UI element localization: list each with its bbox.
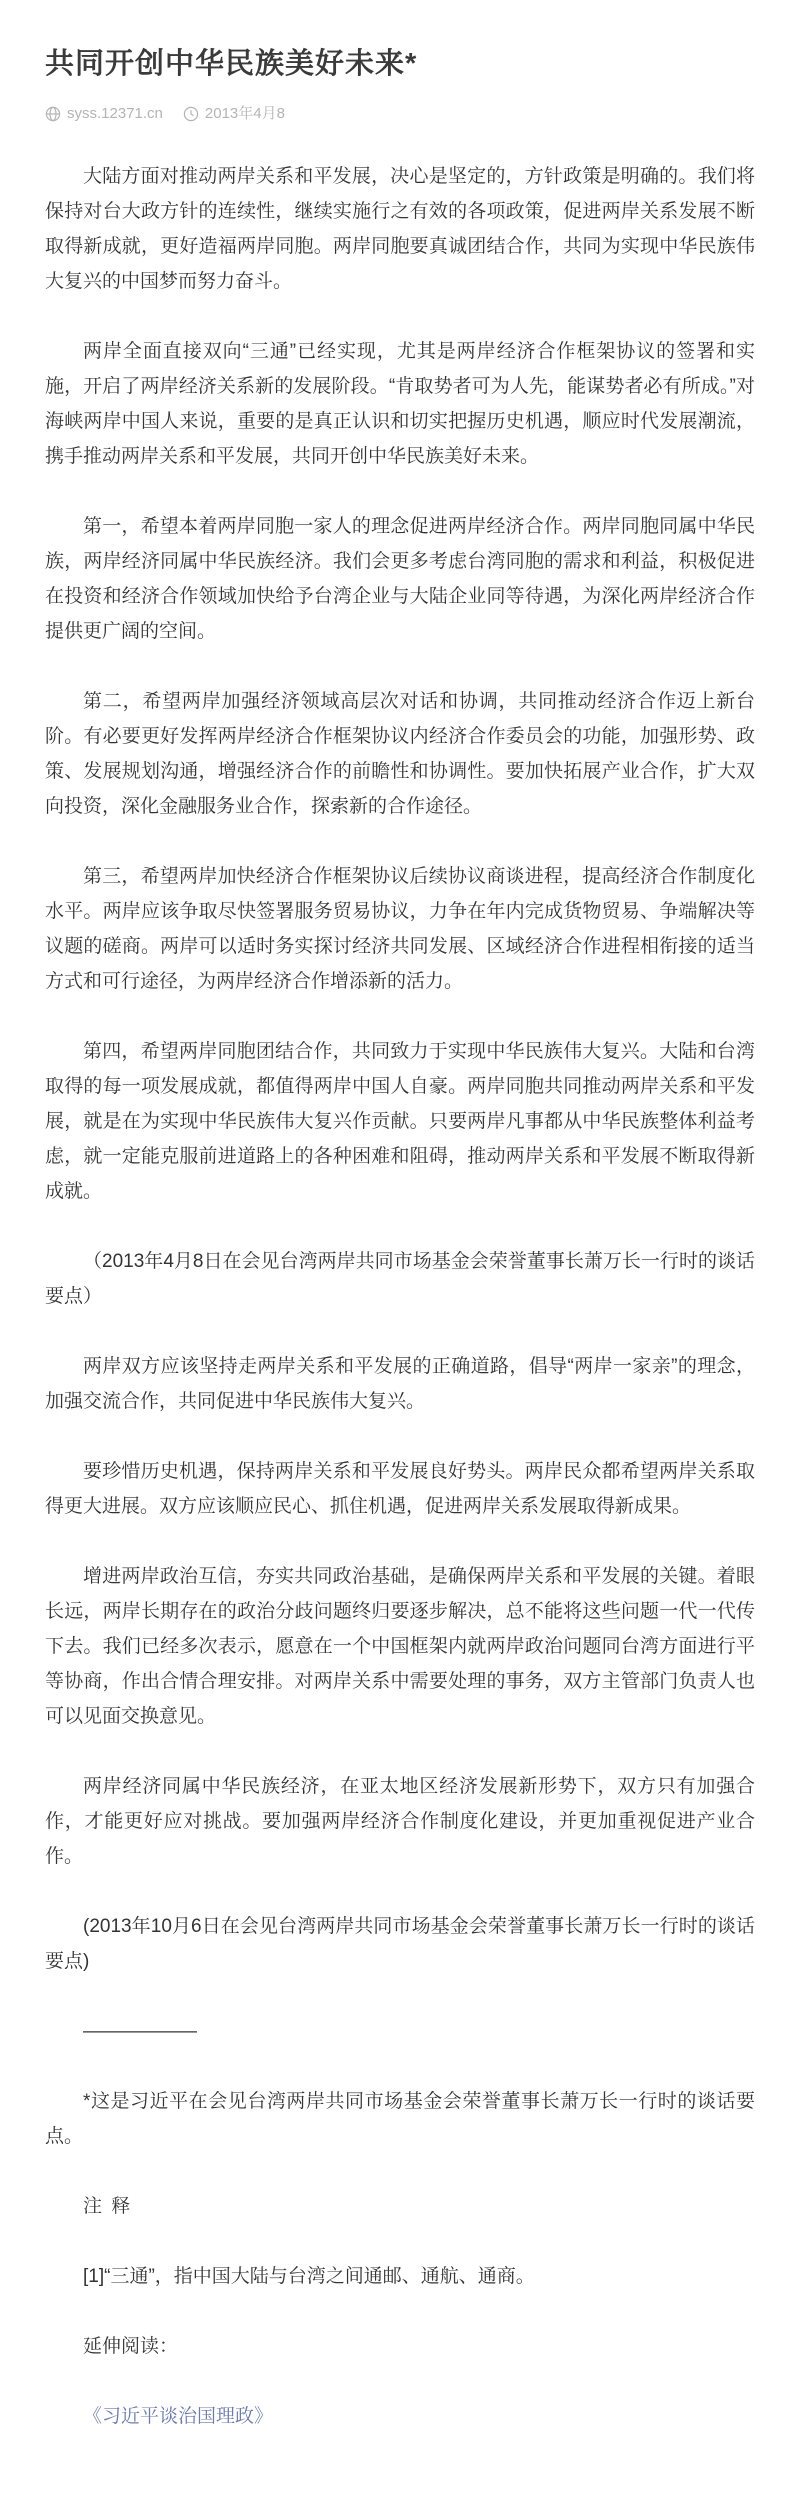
footnote-paragraph: [1]“三通”，指中国大陆与台湾之间通邮、通航、通商。 <box>45 2259 755 2294</box>
article-page: 共同开创中华民族美好未来* syss.12371.cn 2013年4月8 大陆方… <box>0 0 800 2519</box>
body-paragraph: 大陆方面对推动两岸关系和平发展，决心是坚定的，方针政策是明确的。我们将保持对台大… <box>45 159 755 299</box>
date-item: 2013年4月8 <box>183 104 285 124</box>
source-item: syss.12371.cn <box>45 104 163 124</box>
body-paragraph: 第一，希望本着两岸同胞一家人的理念促进两岸经济合作。两岸同胞同属中华民族，两岸经… <box>45 509 755 649</box>
attribution-paragraph: (2013年10月6日在会见台湾两岸共同市场基金会荣誉董事长萧万长一行时的谈话要… <box>45 1909 755 1979</box>
related-reading-paragraph: 《习近平谈治国理政》 <box>45 2399 755 2434</box>
source-text: syss.12371.cn <box>67 104 163 124</box>
notes-section-label: 注 释 <box>45 2189 755 2224</box>
clock-icon <box>183 106 199 122</box>
body-paragraph: 第四，希望两岸同胞团结合作，共同致力于实现中华民族伟大复兴。大陆和台湾取得的每一… <box>45 1034 755 1209</box>
body-paragraph: 两岸经济同属中华民族经济，在亚太地区经济发展新形势下，双方只有加强合作，才能更好… <box>45 1769 755 1874</box>
body-paragraph: 要珍惜历史机遇，保持两岸关系和平发展良好势头。两岸民众都希望两岸关系取得更大进展… <box>45 1454 755 1524</box>
body-paragraph: 增进两岸政治互信，夯实共同政治基础，是确保两岸关系和平发展的关键。着眼长远，两岸… <box>45 1559 755 1734</box>
body-paragraph: 两岸全面直接双向“三通”已经实现，尤其是两岸经济合作框架协议的签署和实施，开启了… <box>45 334 755 474</box>
body-paragraph: 第三，希望两岸加快经济合作框架协议后续协议商谈进程，提高经济合作制度化水平。两岸… <box>45 859 755 999</box>
related-reading-link[interactable]: 《习近平谈治国理政》 <box>83 2406 273 2427</box>
body-paragraph: 第二，希望两岸加强经济领域高层次对话和协调，共同推动经济合作迈上新台阶。有必要更… <box>45 684 755 824</box>
page-title: 共同开创中华民族美好未来* <box>45 46 755 82</box>
body-paragraph: 两岸双方应该坚持走两岸关系和平发展的正确道路，倡导“两岸一家亲”的理念，加强交流… <box>45 1349 755 1419</box>
attribution-paragraph: （2013年4月8日在会见台湾两岸共同市场基金会荣誉董事长萧万长一行时的谈话要点… <box>45 1244 755 1314</box>
footnote-paragraph: *这是习近平在会见台湾两岸共同市场基金会荣誉董事长萧万长一行时的谈话要点。 <box>45 2084 755 2154</box>
globe-icon <box>45 106 61 122</box>
article-body: 大陆方面对推动两岸关系和平发展，决心是坚定的，方针政策是明确的。我们将保持对台大… <box>45 159 755 2434</box>
separator-line: —————— <box>45 2014 755 2049</box>
body-paragraph: 延伸阅读： <box>45 2329 755 2364</box>
article-meta: syss.12371.cn 2013年4月8 <box>45 104 755 124</box>
date-text: 2013年4月8 <box>205 104 285 124</box>
